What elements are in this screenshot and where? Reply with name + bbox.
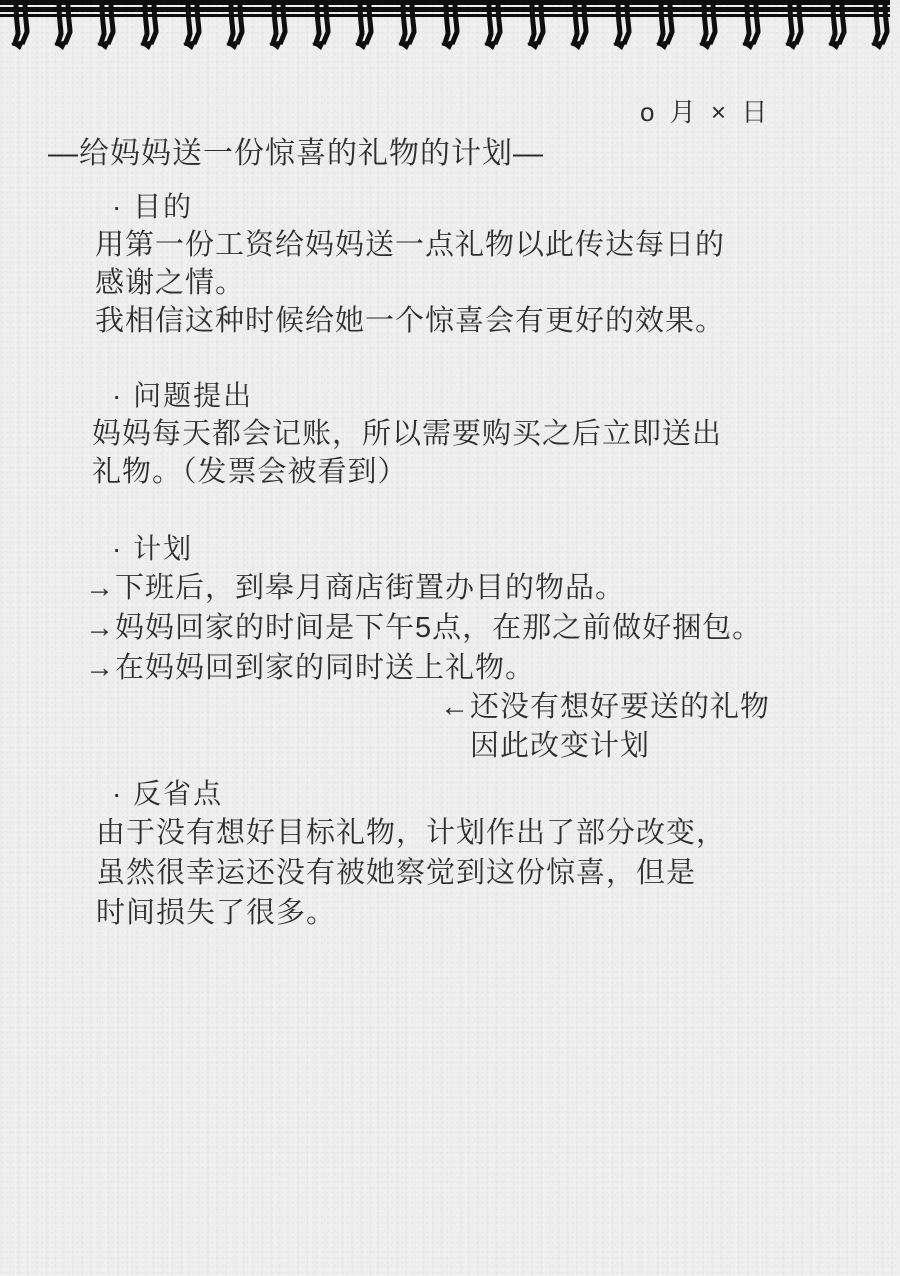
spiral-ring-icon: [868, 2, 894, 52]
spiral-ring-icon: [438, 2, 464, 52]
spiral-ring-icon: [739, 2, 765, 52]
spiral-ring-icon: [653, 2, 679, 52]
spiral-ring-icon: [610, 2, 636, 52]
spiral-ring-icon: [137, 2, 163, 52]
section-reflection-heading: · 反省点: [112, 775, 900, 813]
annotation-line-2: 因此改变计划: [440, 727, 900, 766]
section-purpose-heading: · 目的: [112, 188, 900, 226]
reflection-line-3: 时间损失了很多。: [96, 893, 900, 933]
section-problem-heading: · 问题提出: [112, 377, 900, 415]
spiral-ring-icon: [309, 2, 335, 52]
spiral-ring-icon: [266, 2, 292, 52]
spiral-ring-icon: [8, 2, 34, 52]
problem-line-2: 礼物。（发票会被看到）: [92, 453, 900, 491]
section-reflection: · 反省点 由于没有想好目标礼物，计划作出了部分改变， 虽然很幸运还没有被她察觉…: [0, 775, 900, 933]
section-plan-heading: · 计划: [112, 530, 900, 568]
spiral-ring-icon: [51, 2, 77, 52]
purpose-line-3: 我相信这种时候给她一个惊喜会有更好的效果。: [95, 302, 900, 340]
section-plan: · 计划 →下班后，到皋月商店街置办目的物品。 →妈妈回家的时间是下午5点，在那…: [0, 530, 900, 688]
spiral-ring-icon: [524, 2, 550, 52]
spiral-ring-icon: [352, 2, 378, 52]
reflection-line-1: 由于没有想好目标礼物，计划作出了部分改变，: [96, 813, 900, 853]
spiral-ring-icon: [481, 2, 507, 52]
spiral-ring-icon: [94, 2, 120, 52]
purpose-line-2: 感谢之情。: [95, 264, 900, 302]
spiral-ring-icon: [782, 2, 808, 52]
note-body: o 月 × 日 —给妈妈送一份惊喜的礼物的计划— · 目的 用第一份工资给妈妈送…: [0, 0, 900, 933]
purpose-line-1: 用第一份工资给妈妈送一点礼物以此传达每日的: [95, 226, 900, 264]
plan-line-2: →妈妈回家的时间是下午5点，在那之前做好捆包。: [85, 608, 900, 648]
section-problem: · 问题提出 妈妈每天都会记账，所以需要购买之后立即送出 礼物。（发票会被看到）: [0, 377, 900, 491]
spiral-binding: [0, 0, 900, 56]
plan-line-3: →在妈妈回到家的同时送上礼物。: [85, 648, 900, 688]
note-title: —给妈妈送一份惊喜的礼物的计划—: [48, 134, 900, 174]
section-purpose: · 目的 用第一份工资给妈妈送一点礼物以此传达每日的 感谢之情。 我相信这种时候…: [0, 188, 900, 340]
annotation-line-1: ←还没有想好要送的礼物: [440, 688, 900, 727]
spiral-ring-icon: [395, 2, 421, 52]
annotation-arrow-note: ←还没有想好要送的礼物 因此改变计划: [440, 688, 900, 766]
plan-line-1: →下班后，到皋月商店街置办目的物品。: [85, 568, 900, 608]
spiral-ring-icon: [567, 2, 593, 52]
reflection-line-2: 虽然很幸运还没有被她察觉到这份惊喜，但是: [96, 853, 900, 893]
spiral-ring-icon: [180, 2, 206, 52]
problem-line-1: 妈妈每天都会记账，所以需要购买之后立即送出: [92, 415, 900, 453]
spiral-ring-icon: [223, 2, 249, 52]
spiral-ring-icon: [696, 2, 722, 52]
note-date: o 月 × 日: [640, 96, 900, 128]
spiral-ring-icon: [825, 2, 851, 52]
notebook-page: o 月 × 日 —给妈妈送一份惊喜的礼物的计划— · 目的 用第一份工资给妈妈送…: [0, 0, 900, 1276]
